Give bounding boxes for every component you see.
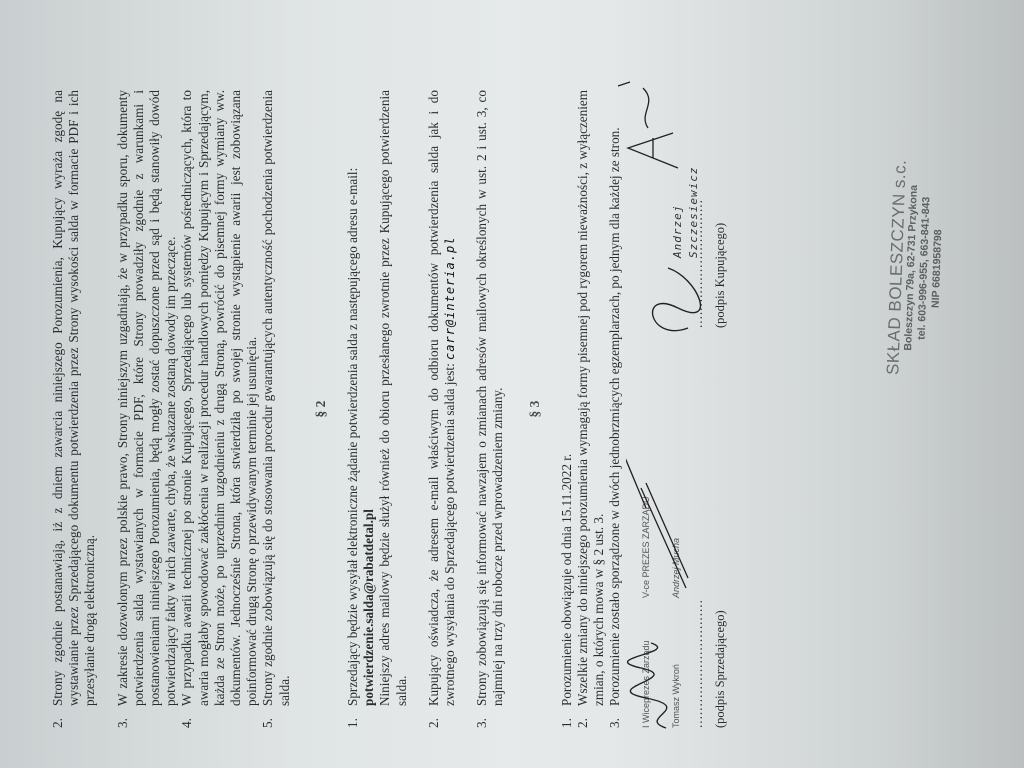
section1-item-4: 4. W przypadku awarii technicznej po str…	[179, 90, 260, 728]
spacer	[458, 90, 474, 728]
spacer	[410, 90, 426, 728]
section3-item-2: 2. Wszelkie zmiany do niniejszego porozu…	[575, 90, 607, 728]
seller-signature-line: .............................. (podpis S…	[690, 599, 728, 728]
item-number: 4.	[179, 718, 195, 728]
item-number: 5.	[260, 718, 276, 728]
item-number: 1.	[345, 718, 361, 728]
item-number: 2.	[426, 718, 442, 728]
section3-item-3: 3. Porozumienie zostało sporządzone w dw…	[607, 90, 623, 728]
section1-item-5: 5. Strony zgodnie zobowiązują się do sto…	[260, 90, 292, 728]
clause-text: Strony zgodnie zobowiązują się do stosow…	[260, 90, 291, 706]
item-number: 1.	[559, 718, 575, 728]
stamp-title: V-ce PREZES ZARZĄDU	[638, 448, 654, 598]
seller-stamp-left: I Wiceprezes Zarządu Tomasz Wykroń	[638, 608, 684, 728]
section3-list: 1. Porozumienie obowiązuje od dnia 15.11…	[559, 90, 624, 728]
clause-text: Strony zobowiązują się informować nawzaj…	[474, 90, 505, 706]
item-number: 2.	[50, 718, 66, 728]
section2-heading: § 2	[313, 90, 329, 728]
stamp-name: Andrzej Mucha	[668, 448, 684, 598]
signature-area: I Wiceprezes Zarządu Tomasz Wykroń V-ce …	[638, 90, 808, 728]
spacer	[99, 90, 115, 728]
clause-text: Strony zgodnie postanawiają, iż z dniem …	[50, 90, 97, 706]
section2-item-3: 3. Strony zobowiązują się informować naw…	[474, 90, 506, 728]
clause-text: Porozumienie obowiązuje od dnia 15.11.20…	[559, 454, 574, 706]
section1-item-3: 3. W zakresie dozwolonym przez polskie p…	[115, 90, 180, 728]
section3-item-1: 1. Porozumienie obowiązuje od dnia 15.11…	[559, 90, 575, 728]
section1-list: 2. Strony zgodnie postanawiają, iż z dni…	[50, 90, 293, 728]
seller-email: potwierdzenie.salda@rabatdetal.pl	[361, 509, 376, 706]
buyer-email-handwritten: carr@interia.pl	[443, 237, 457, 360]
signature-dots: ..............................	[690, 599, 706, 728]
buyer-handwritten-name: Andrzej Szczesiewicz	[670, 108, 702, 258]
clause-text: W zakresie dozwolonym przez polskie praw…	[115, 90, 179, 706]
clause-text: Porozumienie zostało sporządzone w dwóch…	[607, 127, 622, 706]
seller-signature-label: (podpis Sprzedającego)	[712, 599, 728, 728]
stamp-name: Tomasz Wykroń	[668, 608, 684, 728]
stamp-title: I Wiceprezes Zarządu	[638, 608, 654, 728]
item-number: 3.	[607, 718, 623, 728]
item-number: 2.	[575, 718, 591, 728]
item-number: 3.	[115, 718, 131, 728]
section2-item-2: 2. Kupujący oświadcza, że adresem e-mail…	[426, 90, 458, 728]
clause-text: Wszelkie zmiany do niniejszego porozumie…	[575, 90, 606, 706]
clause-text: Niniejszy adres mailowy będzie służył ró…	[377, 90, 408, 706]
clause-text: W przypadku awarii technicznej po stroni…	[179, 90, 259, 706]
clause-text: Kupujący oświadcza, że adresem e-mail wł…	[426, 90, 457, 706]
clause-text: Sprzedający będzie wysyłał elektroniczne…	[345, 168, 360, 706]
seller-stamp-right: V-ce PREZES ZARZĄDU Andrzej Mucha	[638, 448, 684, 598]
item-number: 3.	[474, 718, 490, 728]
document-page: 2. Strony zgodnie postanawiają, iż z dni…	[0, 0, 1024, 768]
section2-list: 1. Sprzedający będzie wysyłał elektronic…	[345, 90, 507, 728]
section2-item-1: 1. Sprzedający będzie wysyłał elektronic…	[345, 90, 410, 728]
buyer-signature-label: (podpis Kupującego)	[712, 199, 728, 328]
section1-item-2: 2. Strony zgodnie postanawiają, iż z dni…	[50, 90, 99, 728]
section3-heading: § 3	[527, 90, 543, 728]
company-stamp: SKŁAD BOLESZCZYN s.c. Boleszczyn 79a, 62…	[885, 147, 949, 389]
